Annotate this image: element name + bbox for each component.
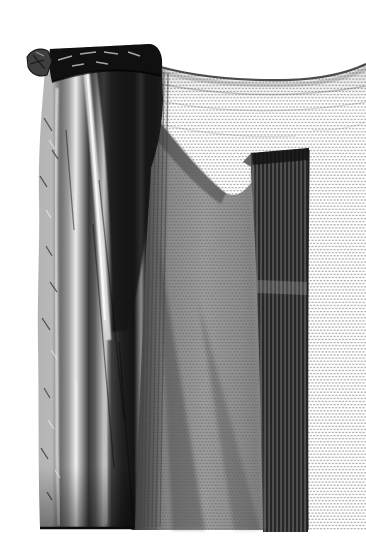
product-photo-illustration <box>0 0 366 540</box>
safety-net-mesh <box>131 63 366 530</box>
product-photo <box>0 0 366 540</box>
sleeve-bottom-shade <box>36 466 148 530</box>
strap-stitch-band <box>257 280 307 295</box>
